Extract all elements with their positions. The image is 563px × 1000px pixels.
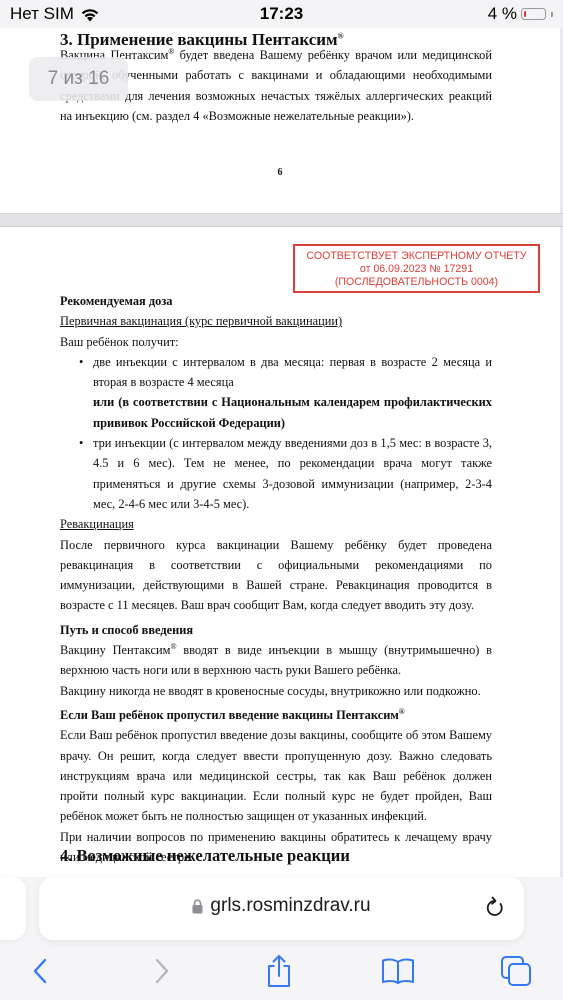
page-separator xyxy=(0,213,563,227)
pdf-page-6: 3. Применение вакцины Пентаксим® Вакцина… xyxy=(0,0,560,213)
missed-dose-text: Если Ваш ребёнок пропустил введение дозы… xyxy=(60,725,492,826)
battery-icon xyxy=(521,8,546,20)
route-heading: Путь и способ введения xyxy=(60,620,492,640)
back-button[interactable] xyxy=(20,951,60,991)
share-icon xyxy=(266,954,292,988)
page7-content: Рекомендуемая доза Первичная вакцинация … xyxy=(60,291,492,867)
url-text[interactable]: grls.rosminzdrav.ru xyxy=(210,895,370,917)
book-icon xyxy=(381,957,415,985)
route-text: Вакцину Пентаксим® вводят в виде инъекци… xyxy=(60,640,492,681)
tabs-icon xyxy=(500,955,532,987)
chevron-right-icon xyxy=(154,957,170,985)
bullet-two-injections: • две инъекции с интервалом в два месяца… xyxy=(60,352,492,393)
tabs-button[interactable] xyxy=(496,951,536,991)
primary-vaccination-subheading: Первичная вакцинация (курс первичной вак… xyxy=(60,311,492,331)
bullet-icon: • xyxy=(79,433,83,453)
clock: 17:23 xyxy=(0,4,563,24)
previous-tab-preview[interactable] xyxy=(0,877,26,940)
revaccination-text: После первичного курса вакцинации Вашему… xyxy=(60,535,492,616)
bookmarks-button[interactable] xyxy=(378,951,418,991)
status-bar: Нет SIM 17:23 4 % xyxy=(0,0,563,28)
dose-heading: Рекомендуемая доза xyxy=(60,291,492,311)
expert-report-stamp: СООТВЕТСТВУЕТ ЭКСПЕРТНОМУ ОТЧЕТУ от 06.0… xyxy=(293,244,540,293)
bullet-icon: • xyxy=(79,352,83,372)
battery-cap xyxy=(551,12,553,17)
battery-percent: 4 % xyxy=(488,4,517,24)
page-number: 6 xyxy=(0,167,560,178)
browser-bottom-bar: grls.rosminzdrav.ru xyxy=(0,877,563,1000)
share-button[interactable] xyxy=(259,951,299,991)
forward-button[interactable] xyxy=(142,951,182,991)
lock-icon xyxy=(192,899,203,914)
reload-icon[interactable] xyxy=(484,895,506,919)
address-bar[interactable]: grls.rosminzdrav.ru xyxy=(39,877,524,940)
national-calendar-note: или (в соответствии с Национальным кален… xyxy=(60,392,492,433)
missed-dose-heading: Если Ваш ребёнок пропустил введение вакц… xyxy=(60,705,492,725)
section4-heading: 4. Возможные нежелательные реакции xyxy=(60,846,350,866)
page-indicator: 7 из 16 xyxy=(29,57,128,101)
bullet-three-injections: • три инъекции (с интервалом между введе… xyxy=(60,433,492,514)
chevron-left-icon xyxy=(32,957,48,985)
child-receives-text: Ваш ребёнок получит: xyxy=(60,332,492,352)
route-text-2: Вакцину никогда не вводят в кровеносные … xyxy=(60,681,492,701)
battery-level xyxy=(524,11,526,17)
browser-toolbar xyxy=(0,951,563,991)
revaccination-subheading: Ревакцинация xyxy=(60,514,492,534)
